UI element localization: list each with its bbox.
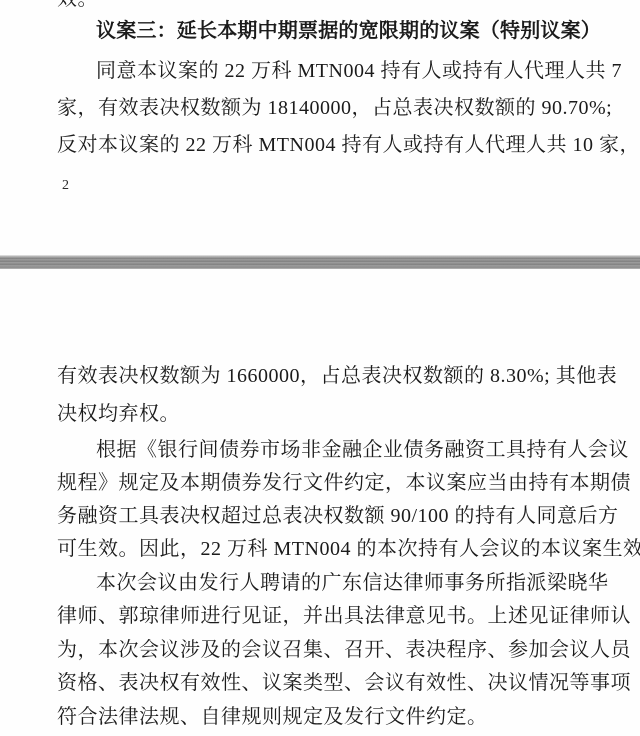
text-line: 为，本次会议涉及的会议召集、召开、表决程序、参加会议人员	[57, 638, 617, 662]
text-line: 家，有效表决权数额为 18140000，占总表决权数额的 90.70%;	[57, 96, 617, 120]
text-line: 同意本议案的 22 万科 MTN004 持有人或持有人代理人共 7	[96, 59, 640, 83]
text-line: 可生效。因此，22 万科 MTN004 的本次持有人会议的本议案生效。	[57, 537, 617, 561]
text-line: 根据《银行间债券市场非金融企业债务融资工具持有人会议	[96, 438, 640, 462]
text-line: 有效表决权数额为 1660000，占总表决权数额的 8.30%; 其他表	[57, 364, 617, 388]
text-line: 反对本议案的 22 万科 MTN004 持有人或持有人代理人共 10 家，	[57, 133, 617, 157]
text-line: 资格、表决权有效性、议案类型、会议有效性、决议情况等事项	[57, 671, 617, 695]
page-separator-bar	[0, 255, 640, 269]
text-line: 决权均弃权。	[57, 402, 617, 426]
document-page-1: 效。 议案三：延长本期中期票据的宽限期的议案（特别议案） 同意本议案的 22 万…	[0, 0, 640, 255]
page-number: 2	[62, 178, 69, 194]
section-heading-resolution-3: 议案三：延长本期中期票据的宽限期的议案（特别议案）	[96, 19, 640, 43]
text-line-partial: 效。	[57, 0, 617, 11]
document-page-2: 有效表决权数额为 1660000，占总表决权数额的 8.30%; 其他表 决权均…	[0, 269, 640, 736]
text-line: 本次会议由发行人聘请的广东信达律师事务所指派梁晓华	[96, 571, 640, 595]
text-line: 务融资工具表决权超过总表决权数额 90/100 的持有人同意后方	[57, 504, 617, 528]
text-line: 规程》规定及本期债券发行文件约定，本议案应当由持有本期债	[57, 471, 617, 495]
document-viewer: 效。 议案三：延长本期中期票据的宽限期的议案（特别议案） 同意本议案的 22 万…	[0, 0, 640, 736]
text-line: 符合法律法规、自律规则规定及发行文件约定。	[57, 705, 617, 729]
text-line: 律师、郭琼律师进行见证，并出具法律意见书。上述见证律师认	[57, 604, 617, 628]
